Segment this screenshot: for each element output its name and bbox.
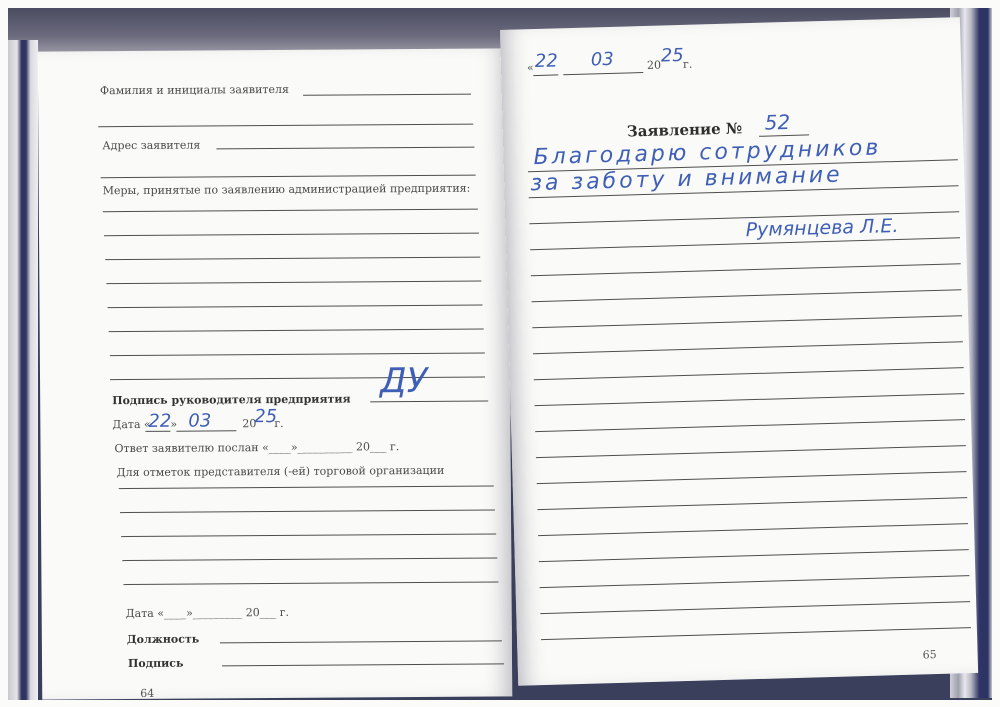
representative-notes-label: Для отметок представителя (-ей) торговой… xyxy=(117,464,445,479)
statement-line[interactable] xyxy=(537,471,967,484)
date-year-suffix: г. xyxy=(683,58,693,71)
statement-line[interactable] xyxy=(537,497,967,510)
applicant-name-field-line2[interactable] xyxy=(98,124,473,128)
statement-line[interactable] xyxy=(532,289,962,302)
statement-line[interactable] xyxy=(540,575,970,588)
measures-line[interactable] xyxy=(105,257,480,261)
statement-number-field[interactable] xyxy=(759,134,809,136)
statement-line[interactable] xyxy=(541,627,971,640)
reply-sent-label: Ответ заявителю послан «____»__________ … xyxy=(114,440,399,455)
manager-signature-label: Подпись руководителя предприятия xyxy=(112,392,351,407)
notes-line[interactable] xyxy=(120,509,495,513)
statement-line[interactable] xyxy=(533,341,963,354)
measures-label: Меры, принятые по заявлению администраци… xyxy=(103,182,471,198)
applicant-name-label: Фамилия и инициалы заявителя xyxy=(100,83,289,97)
date-year-handwritten: 25 xyxy=(660,45,683,67)
date-day-handwritten: 22 xyxy=(535,50,558,72)
right-page: « 22 03 20 25 г. Заявление № 52 Благодар… xyxy=(500,17,978,686)
date-day-field[interactable] xyxy=(145,431,170,432)
date-month-field[interactable] xyxy=(563,72,643,75)
date-label: Дата « xyxy=(112,418,150,431)
statement-line[interactable] xyxy=(538,523,968,536)
notes-line[interactable] xyxy=(122,557,497,561)
notes-line[interactable] xyxy=(121,533,496,537)
notes-line[interactable] xyxy=(123,581,498,585)
date-day-field[interactable] xyxy=(533,74,558,76)
page-number-right: 65 xyxy=(922,648,936,661)
position-field[interactable] xyxy=(220,640,502,643)
notes-line[interactable] xyxy=(119,485,494,489)
statement-title: Заявление № xyxy=(627,119,743,140)
measures-line[interactable] xyxy=(104,233,479,237)
date-blank-label: Дата «____»_________ 20___ г. xyxy=(126,606,289,620)
signature-field[interactable] xyxy=(222,663,504,666)
measures-line[interactable] xyxy=(110,353,485,357)
signature-label: Подпись xyxy=(128,657,184,670)
position-label: Должность xyxy=(127,633,199,647)
date-year-prefix: 20 xyxy=(647,59,661,72)
measures-line[interactable] xyxy=(108,305,483,309)
statement-line[interactable] xyxy=(534,367,964,380)
date-open-quote: « xyxy=(527,61,534,74)
applicant-name-field[interactable] xyxy=(303,94,471,96)
statement-line[interactable] xyxy=(539,549,969,562)
statement-line[interactable] xyxy=(536,445,966,458)
applicant-signature-handwritten: Румянцева Л.Е. xyxy=(745,215,898,241)
page-number-left: 64 xyxy=(140,687,154,700)
applicant-address-field[interactable] xyxy=(216,147,474,150)
date-month-handwritten: 03 xyxy=(591,49,614,71)
manager-signature-handwritten: ДУ xyxy=(380,361,428,401)
page-stack-left xyxy=(8,40,38,700)
statement-line[interactable] xyxy=(531,263,961,276)
date-month-handwritten: 03 xyxy=(188,410,211,431)
measures-line[interactable] xyxy=(103,209,478,213)
applicant-address-field-line2[interactable] xyxy=(101,175,476,179)
statement-line[interactable] xyxy=(532,315,962,328)
date-separator: » xyxy=(170,418,177,431)
measures-line[interactable] xyxy=(106,281,481,285)
left-page: Фамилия и инициалы заявителя Адрес заяви… xyxy=(38,48,513,699)
date-day-handwritten: 22 xyxy=(148,411,171,432)
date-year-suffix: г. xyxy=(274,417,283,430)
statement-number-handwritten: 52 xyxy=(764,110,790,135)
measures-line[interactable] xyxy=(110,377,485,381)
applicant-address-label: Адрес заявителя xyxy=(102,139,200,153)
measures-line[interactable] xyxy=(109,329,484,333)
statement-line[interactable] xyxy=(535,419,965,432)
date-month-field[interactable] xyxy=(176,430,236,431)
statement-line[interactable] xyxy=(540,601,970,614)
statement-line[interactable] xyxy=(534,393,964,406)
